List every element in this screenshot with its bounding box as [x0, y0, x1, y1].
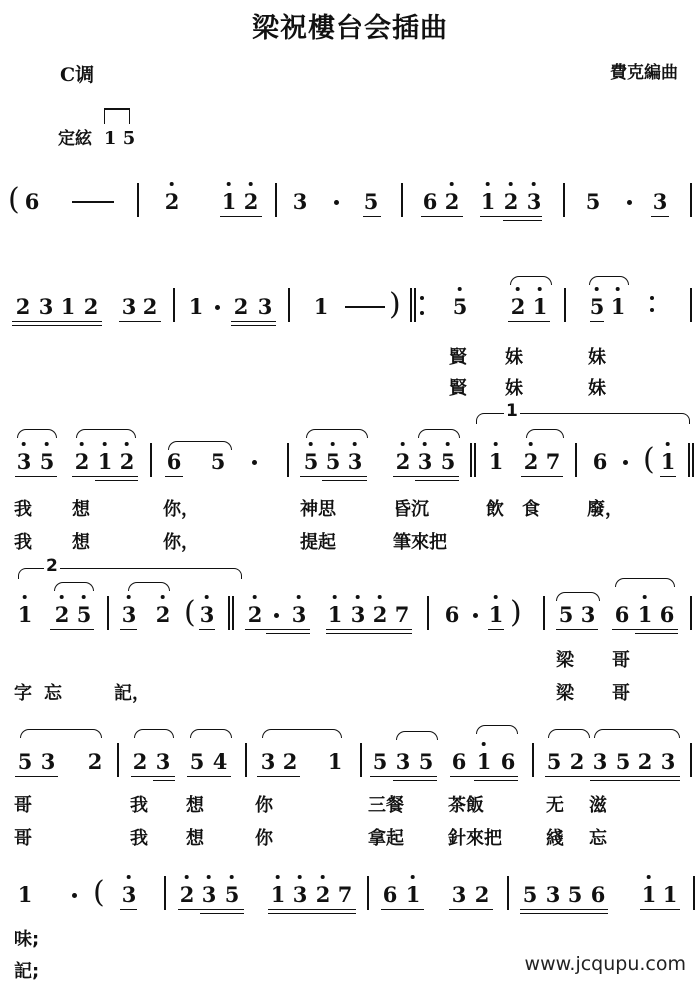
note: 3	[258, 296, 273, 317]
underline	[153, 780, 175, 781]
underline	[326, 629, 412, 630]
lyric: 你，	[163, 528, 199, 554]
lyric: 你，	[163, 495, 199, 521]
barline	[427, 596, 429, 630]
lyric: 字	[14, 679, 32, 705]
note: 4	[213, 751, 228, 772]
note: 1	[489, 451, 504, 472]
slur	[510, 276, 552, 285]
underline	[231, 325, 276, 326]
note: 2	[396, 451, 411, 472]
note: 2	[55, 604, 70, 625]
lyric: 忘	[44, 679, 62, 705]
note: 3	[581, 604, 596, 625]
barline	[563, 183, 565, 217]
barline	[288, 288, 290, 322]
note: 3	[156, 751, 171, 772]
note: 2	[244, 191, 259, 212]
lyric: 食	[522, 495, 540, 521]
underline	[326, 633, 412, 634]
note: 2	[234, 296, 249, 317]
underline	[322, 480, 367, 481]
staff-line-4: 2 1 2 5 3 2 ( 3 2 3 1 3 2 7 6 1 ) 5 3 6 …	[0, 596, 700, 701]
note: 5	[211, 451, 226, 472]
lyric: 飲	[486, 495, 504, 521]
note: 5	[616, 751, 631, 772]
open-paren: (	[643, 445, 655, 475]
watermark: www.jcqupu.com	[525, 953, 686, 975]
lyric: 想	[72, 528, 90, 554]
underline	[474, 780, 518, 781]
repeat-start-barline	[410, 288, 416, 322]
note: 2	[475, 884, 490, 905]
underline	[393, 780, 437, 781]
staff-line-3: 1 3 5 2 1 2 6 5 5 5 3 2 3 5 1 2 7 6 ( 1 …	[0, 443, 700, 558]
underline	[393, 476, 459, 477]
note: 2	[445, 191, 460, 212]
note: 3	[122, 604, 137, 625]
note: 1	[18, 604, 33, 625]
note: 5	[523, 884, 538, 905]
barline	[137, 183, 139, 217]
augmentation-dot	[334, 200, 339, 205]
underline	[612, 629, 678, 630]
open-paren: (	[184, 598, 196, 628]
barline	[287, 443, 289, 477]
note: 6	[445, 604, 460, 625]
barline	[690, 183, 692, 217]
note: 7	[338, 884, 353, 905]
lyric: 妹	[505, 343, 523, 369]
lyric: 妹	[588, 374, 606, 400]
lyric: 我	[130, 824, 148, 850]
lyric: 神思	[300, 495, 336, 521]
composer-credit: 費克編曲	[610, 58, 678, 83]
underline	[556, 629, 598, 630]
note: 2	[283, 751, 298, 772]
note: 6	[423, 191, 438, 212]
note: 6	[452, 751, 467, 772]
note: 2	[316, 884, 331, 905]
note: 2	[180, 884, 195, 905]
note: 3	[202, 884, 217, 905]
repeat-dot	[420, 296, 424, 300]
slur	[17, 429, 57, 438]
lyric: 想	[186, 791, 204, 817]
note: 2	[88, 751, 103, 772]
note: 5	[364, 191, 379, 212]
note: 3	[122, 884, 137, 905]
note: 5	[586, 191, 601, 212]
underline	[268, 913, 356, 914]
underline	[449, 909, 493, 910]
underline	[15, 476, 57, 477]
underline	[508, 321, 550, 322]
barline	[401, 183, 403, 217]
close-paren: )	[510, 598, 522, 628]
note: 1	[18, 884, 33, 905]
underline	[200, 913, 244, 914]
repeat-dot	[420, 311, 424, 315]
string-tuning: 定絃 1 5	[58, 124, 135, 149]
staff-line-5: 5 3 2 2 3 5 4 3 2 1 5 3 5 6 1 6 5 2 3 5 …	[0, 743, 700, 848]
underline	[131, 776, 175, 777]
barline	[564, 288, 566, 322]
underline	[12, 321, 102, 322]
barline	[150, 443, 152, 477]
tuning-label: 定絃	[58, 129, 92, 149]
note: 2	[165, 191, 180, 212]
note: 3	[293, 884, 308, 905]
underline	[12, 325, 102, 326]
note: 1	[489, 604, 504, 625]
underline	[165, 476, 183, 477]
note: 5	[568, 884, 583, 905]
underline	[187, 776, 231, 777]
note: 6	[593, 451, 608, 472]
note: 6	[167, 451, 182, 472]
barline	[107, 596, 109, 630]
slur	[526, 429, 564, 438]
note: 1	[638, 604, 653, 625]
slur	[476, 725, 518, 734]
augmentation-dot	[215, 305, 220, 310]
underline	[370, 776, 437, 777]
slur	[190, 729, 232, 738]
barline	[532, 743, 534, 777]
note: 2	[16, 296, 31, 317]
note: 2	[133, 751, 148, 772]
note: 3	[292, 604, 307, 625]
slur	[306, 429, 368, 438]
lyric: 我	[14, 495, 32, 521]
volta-label-2: 2	[44, 556, 60, 576]
lyric: 昏沉	[393, 495, 429, 521]
note: 6	[660, 604, 675, 625]
sustain-dash	[345, 306, 385, 308]
double-barline	[228, 596, 234, 630]
lyric: 廢，	[587, 495, 623, 521]
slur	[556, 592, 600, 601]
note: 3	[17, 451, 32, 472]
note: 3	[653, 191, 668, 212]
lyric: 味;	[14, 925, 39, 951]
slur	[589, 276, 629, 285]
note: 3	[348, 451, 363, 472]
slur	[76, 429, 136, 438]
underline	[520, 909, 608, 910]
close-paren: )	[389, 290, 401, 320]
underline	[415, 480, 459, 481]
underline	[521, 476, 563, 477]
note: 3	[41, 751, 56, 772]
underline	[590, 321, 604, 322]
note: 6	[615, 604, 630, 625]
underline	[421, 216, 463, 217]
note: 2	[570, 751, 585, 772]
note: 5	[77, 604, 92, 625]
lyric: 哥	[14, 791, 32, 817]
note: 5	[326, 451, 341, 472]
note: 3	[122, 296, 137, 317]
note: 1	[406, 884, 421, 905]
note: 1	[61, 296, 76, 317]
tuning-bracket	[104, 108, 130, 124]
lyric: 針來把	[448, 824, 502, 850]
lyric: 提起	[300, 528, 336, 554]
lyric: 賢	[449, 374, 467, 400]
lyric: 記，	[114, 679, 150, 705]
underline	[95, 480, 138, 481]
underline	[503, 220, 542, 221]
note: 2	[504, 191, 519, 212]
note: 3	[200, 604, 215, 625]
underline	[520, 913, 608, 914]
underline	[178, 909, 244, 910]
note: 3	[527, 191, 542, 212]
underline	[300, 476, 367, 477]
note: 2	[143, 296, 158, 317]
slur	[128, 582, 170, 591]
underline	[119, 321, 161, 322]
lyric: 你	[255, 824, 273, 850]
note: 1	[189, 296, 204, 317]
lyric: 梁	[556, 679, 574, 705]
note: 1	[477, 751, 492, 772]
note: 1	[328, 604, 343, 625]
slur	[548, 729, 590, 738]
augmentation-dot	[627, 200, 632, 205]
underline	[231, 321, 276, 322]
augmentation-dot	[252, 460, 257, 465]
note: 2	[156, 604, 171, 625]
repeat-dot	[650, 308, 654, 312]
underline	[120, 909, 137, 910]
lyric: 想	[72, 495, 90, 521]
lyric: 忘	[589, 824, 607, 850]
lyric: 哥	[612, 679, 630, 705]
key-signature: C调	[60, 60, 94, 87]
volta-label-1: 1	[504, 401, 520, 421]
lyric: 賢	[449, 343, 467, 369]
lyric: 三餐	[368, 791, 404, 817]
note: 5	[225, 884, 240, 905]
barline	[690, 596, 692, 630]
note: 1	[481, 191, 496, 212]
augmentation-dot	[274, 613, 279, 618]
barline	[575, 443, 577, 477]
staff-line-2: 2 3 1 2 3 2 1 2 3 1 ) 5 2 1 5 1 賢 妹 妹 賢 …	[0, 288, 700, 398]
lyric: 我	[130, 791, 148, 817]
note: 3	[661, 751, 676, 772]
barline	[164, 876, 166, 910]
note: 1	[661, 451, 676, 472]
underline	[245, 629, 310, 630]
note: 3	[418, 451, 433, 472]
lyric: 你	[255, 791, 273, 817]
note: 5	[590, 296, 605, 317]
repeat-dot	[650, 296, 654, 300]
underline	[120, 629, 137, 630]
augmentation-dot	[473, 613, 478, 618]
note: 5	[373, 751, 388, 772]
lyric: 我	[14, 528, 32, 554]
underline	[640, 909, 680, 910]
note: 1	[611, 296, 626, 317]
open-paren: (	[8, 185, 20, 215]
slur	[594, 729, 680, 738]
note: 2	[84, 296, 99, 317]
lyric: 記;	[14, 957, 39, 983]
note: 6	[383, 884, 398, 905]
lyric: 想	[186, 824, 204, 850]
barline	[690, 743, 692, 777]
note: 5	[547, 751, 562, 772]
staff-line-1: ( 6 2 1 2 3 5 6 2 1 2 3 5 3	[0, 183, 700, 223]
underline	[545, 776, 680, 777]
augmentation-dot	[623, 460, 628, 465]
note: 2	[524, 451, 539, 472]
note: 2	[373, 604, 388, 625]
double-barline	[688, 443, 694, 477]
note: 5	[40, 451, 55, 472]
open-paren: (	[93, 878, 105, 908]
note: 5	[190, 751, 205, 772]
underline	[590, 780, 680, 781]
lyric: 梁	[556, 646, 574, 672]
underline	[381, 909, 424, 910]
note: 5	[559, 604, 574, 625]
underline	[450, 776, 518, 777]
note: 3	[39, 296, 54, 317]
lyric: 哥	[612, 646, 630, 672]
augmentation-dot	[72, 893, 77, 898]
note: 2	[75, 451, 90, 472]
note: 2	[248, 604, 263, 625]
underline	[651, 216, 669, 217]
barline	[173, 288, 175, 322]
tuning-notes: 1 5	[104, 128, 135, 149]
barline	[507, 876, 509, 910]
underline	[199, 629, 215, 630]
underline	[220, 216, 262, 217]
note: 5	[441, 451, 456, 472]
note: 1	[314, 296, 329, 317]
note: 3	[261, 751, 276, 772]
note: 5	[18, 751, 33, 772]
lyric: 无	[546, 791, 564, 817]
note: 6	[591, 884, 606, 905]
slur	[54, 582, 94, 591]
underline	[480, 216, 542, 217]
note: 1	[328, 751, 343, 772]
underline	[635, 633, 678, 634]
note: 5	[304, 451, 319, 472]
underline	[363, 216, 381, 217]
lyric: 哥	[14, 824, 32, 850]
underline	[660, 476, 676, 477]
lyric: 筆來把	[393, 528, 447, 554]
note: 1	[271, 884, 286, 905]
sustain-dash	[72, 201, 114, 203]
barline	[693, 876, 695, 910]
slur	[20, 729, 102, 738]
barline	[360, 743, 362, 777]
lyric: 妹	[505, 374, 523, 400]
note: 1	[642, 884, 657, 905]
note: 7	[546, 451, 561, 472]
note: 2	[638, 751, 653, 772]
note: 3	[396, 751, 411, 772]
barline	[690, 288, 692, 322]
underline	[15, 776, 58, 777]
barline	[543, 596, 545, 630]
double-barline	[470, 443, 476, 477]
underline	[268, 909, 356, 910]
note: 3	[293, 191, 308, 212]
lyric: 滋	[589, 791, 607, 817]
note: 5	[419, 751, 434, 772]
slur	[418, 429, 460, 438]
note: 6	[25, 191, 40, 212]
slur	[134, 729, 174, 738]
note: 3	[546, 884, 561, 905]
barline	[367, 876, 369, 910]
lyric: 妹	[588, 343, 606, 369]
note: 3	[351, 604, 366, 625]
underline	[50, 629, 94, 630]
lyric: 茶飯	[448, 791, 484, 817]
underline	[488, 629, 504, 630]
note: 3	[452, 884, 467, 905]
underline	[266, 633, 310, 634]
note: 1	[98, 451, 113, 472]
lyric: 拿起	[368, 824, 404, 850]
slur	[615, 578, 675, 587]
note: 2	[120, 451, 135, 472]
note: 5	[453, 296, 468, 317]
barline	[245, 743, 247, 777]
barline	[275, 183, 277, 217]
note: 3	[593, 751, 608, 772]
note: 6	[501, 751, 516, 772]
slur	[396, 731, 438, 740]
note: 1	[533, 296, 548, 317]
slur	[262, 729, 342, 738]
underline	[72, 476, 138, 477]
note: 1	[663, 884, 678, 905]
note: 1	[222, 191, 237, 212]
song-title: 梁祝樓台会插曲	[0, 6, 700, 45]
lyric: 綫	[546, 824, 564, 850]
barline	[117, 743, 119, 777]
note: 7	[395, 604, 410, 625]
underline	[257, 776, 300, 777]
note: 2	[511, 296, 526, 317]
